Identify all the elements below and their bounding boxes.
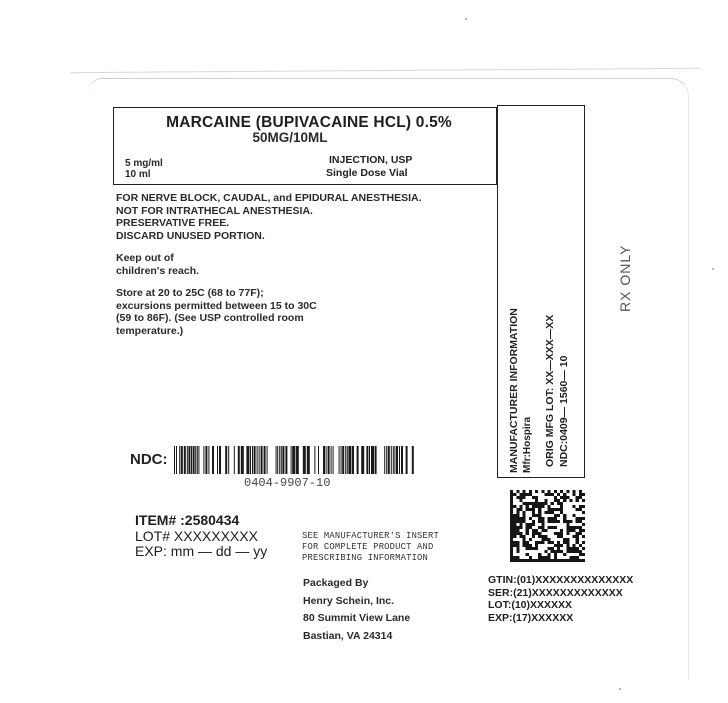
item-number: ITEM# :2580434 xyxy=(135,513,267,529)
dosage-form: INJECTION, USP xyxy=(326,154,412,167)
concentration-block: 5 mg/ml 10 ml xyxy=(125,158,163,180)
datamatrix-code xyxy=(510,490,585,562)
serialization-block: GTIN:(01)XXXXXXXXXXXXXX SER:(21)XXXXXXXX… xyxy=(488,574,633,624)
storage-line: Store at 20 to 25C (68 to 77F); xyxy=(116,287,422,300)
volume: 10 ml xyxy=(125,169,163,180)
scan-speck xyxy=(712,268,714,270)
warnings-block: FOR NERVE BLOCK, CAUDAL, and EPIDURAL AN… xyxy=(116,192,422,337)
packager-line: Henry Schein, Inc. xyxy=(303,593,410,611)
warning-line: FOR NERVE BLOCK, CAUDAL, and EPIDURAL AN… xyxy=(116,192,422,205)
serial-lot: LOT:(10)XXXXXX xyxy=(488,599,633,612)
insert-note-line: SEE MANUFACTURER'S INSERT xyxy=(302,531,439,542)
rx-only-label: RX ONLY xyxy=(617,245,633,312)
insert-note: SEE MANUFACTURER'S INSERT FOR COMPLETE P… xyxy=(302,531,439,564)
expiration-date: EXP: mm — dd — yy xyxy=(135,544,267,560)
strength-total: 50MG/10ML xyxy=(114,130,496,145)
barcode-number: 0404-9907-10 xyxy=(244,476,330,490)
warning-line: DISCARD UNUSED PORTION. xyxy=(116,230,422,243)
storage-line: temperature.) xyxy=(116,325,422,338)
gtin: GTIN:(01)XXXXXXXXXXXXXX xyxy=(488,574,633,587)
lot-number: LOT# XXXXXXXXX xyxy=(135,529,267,545)
concentration: 5 mg/ml xyxy=(125,158,163,169)
label-sheet-edge xyxy=(70,68,700,73)
manufacturer-name: Mfr:Hospira xyxy=(522,417,533,473)
scan-speck xyxy=(465,18,467,20)
original-ndc: NDC:0409— 1560— 10 xyxy=(558,356,570,467)
serial-number: SER:(21)XXXXXXXXXXXXX xyxy=(488,587,633,600)
packager-block: Packaged By Henry Schein, Inc. 80 Summit… xyxy=(303,575,410,645)
storage-line: (59 to 86F). (See USP controlled room xyxy=(116,312,422,325)
packager-line: 80 Summit View Lane xyxy=(303,610,410,628)
child-warning-line: children's reach. xyxy=(116,265,422,278)
ndc-barcode xyxy=(174,446,418,474)
original-lot: ORIG MFG LOT: XX—XXX—XX xyxy=(544,315,556,467)
item-info-block: ITEM# :2580434 LOT# XXXXXXXXX EXP: mm — … xyxy=(135,513,267,560)
packager-line: Bastian, VA 24314 xyxy=(303,628,410,646)
vial-type: Single Dose Vial xyxy=(326,167,412,180)
child-warning-line: Keep out of xyxy=(116,252,422,265)
packager-line: Packaged By xyxy=(303,575,410,593)
ndc-label: NDC: xyxy=(130,451,168,468)
warning-line: NOT FOR INTRATHECAL ANESTHESIA. xyxy=(116,205,422,218)
serial-exp: EXP:(17)XXXXXX xyxy=(488,612,633,625)
product-header-box: MARCAINE (BUPIVACAINE HCL) 0.5% 50MG/10M… xyxy=(113,107,497,185)
manufacturer-title: MANUFACTURER INFORMATION xyxy=(508,308,520,473)
storage-line: excursions permitted between 15 to 30C xyxy=(116,300,422,313)
insert-note-line: FOR COMPLETE PRODUCT AND xyxy=(302,542,439,553)
insert-note-line: PRESCRIBING INFORMATION xyxy=(302,553,439,564)
warning-line: PRESERVATIVE FREE. xyxy=(116,217,422,230)
scan-speck xyxy=(619,688,621,690)
dosage-form-block: INJECTION, USP Single Dose Vial xyxy=(326,154,412,180)
